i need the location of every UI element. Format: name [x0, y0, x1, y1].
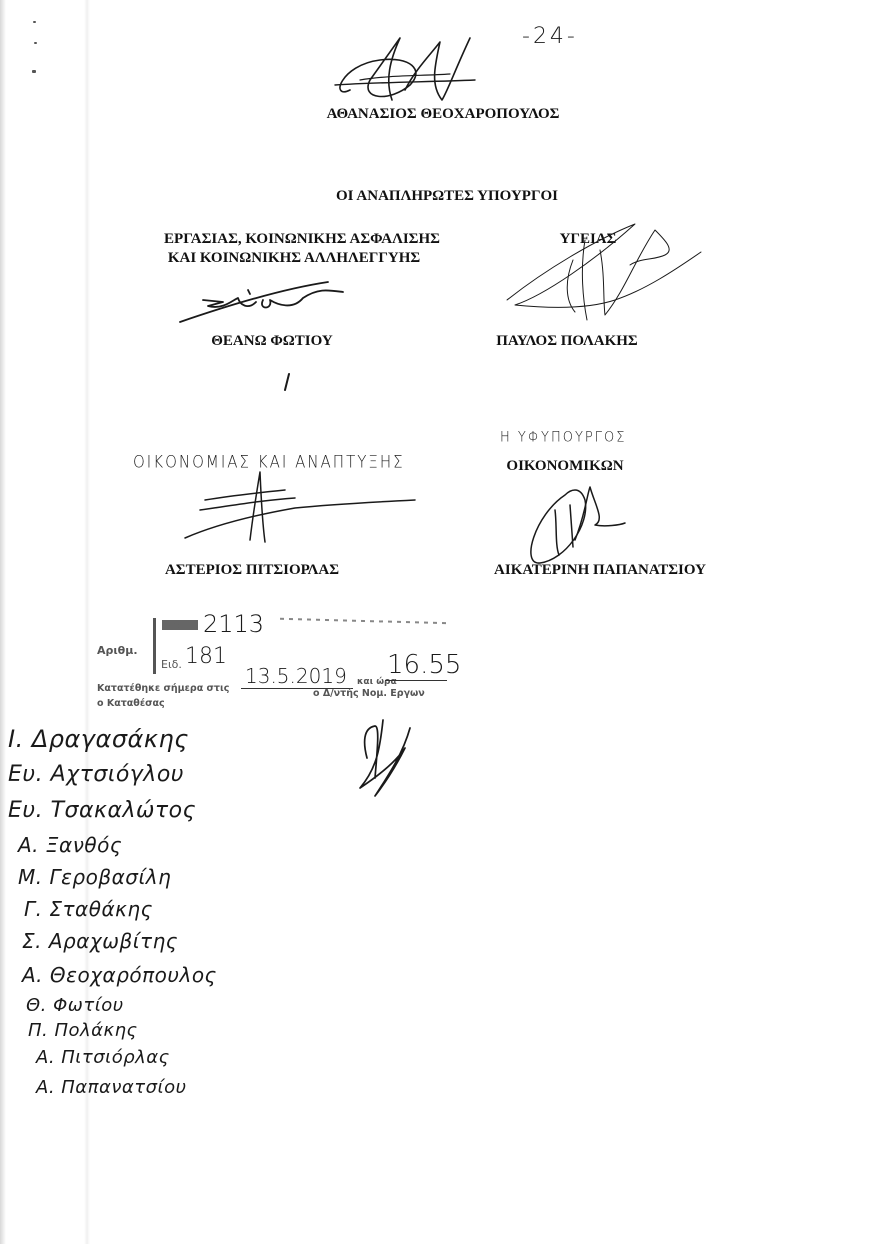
signature-theocharopoulos [330, 30, 480, 108]
stamp-divider [153, 618, 156, 674]
handwritten-name: Α. Παπανατσίου [36, 1077, 187, 1098]
page-number-note: -24- [522, 24, 578, 49]
stamp-director-label: ο Δ/ντής Νομ. Εργων [313, 688, 425, 699]
handwritten-name: Σ. Αραχωβίτης [22, 929, 178, 953]
scan-speck [33, 21, 36, 23]
minister-name-theocharopoulos: ΑΘΑΝΑΣΙΟΣ ΘΕΟΧΑΡΟΠΟΥΛΟΣ [327, 106, 560, 123]
handwritten-name: Α. Ξανθός [18, 833, 122, 857]
stamp-filed-date: 13.5.2019 [245, 664, 347, 688]
ministry-label-labour-line2: ΚΑΙ ΚΟΙΝΩΝΙΚΗΣ ΑΛΛΗΛΕΓΓΥΗΣ [168, 250, 420, 267]
minister-name-pitsiorlas: ΑΣΤΕΡΙΟΣ ΠΙΤΣΙΟΡΛΑΣ [165, 562, 339, 579]
minister-name-polakis: ΠΑΥΛΟΣ ΠΟΛΑΚΗΣ [496, 333, 637, 350]
minister-name-papanatsiou: ΑΙΚΑΤΕΡΙΝΗ ΠΑΠΑΝΑΤΣΙΟΥ [494, 562, 706, 579]
handwritten-name: Α. Πιτσιόρλας [36, 1047, 170, 1068]
stamp-eid-label: Ειδ. [161, 658, 182, 671]
stamp-gen-value: 2113 [203, 610, 264, 638]
handwritten-name: Μ. Γεροβασίλη [18, 865, 171, 889]
title-deputy-minister-handwritten: Η ΥΦΥΠΟΥΡΓΟΣ [500, 429, 626, 446]
stamp-arith-label: Αριθμ. [97, 644, 138, 657]
stamp-depositor-label: ο Καταθέσας [97, 698, 165, 709]
handwritten-name: Ι. Δραγασάκης [8, 725, 189, 753]
registration-stamp: Αριθμ. Γεν. 2113 Ειδ. 181 Κατατέθηκε σήμ… [95, 612, 455, 712]
handwritten-name: Θ. Φωτίου [26, 995, 124, 1016]
signature-fotiou [178, 280, 348, 325]
handwritten-name: Ευ. Αχτσιόγλου [8, 762, 184, 787]
signature-stamp-official [355, 718, 415, 796]
signature-polakis [505, 220, 705, 325]
signature-pitsiorlas [175, 470, 415, 545]
handwritten-name: Γ. Σταθάκης [24, 897, 153, 921]
scan-speck [32, 70, 36, 73]
page-edge-shadow [0, 0, 6, 1244]
scan-speck [34, 42, 37, 44]
stamp-filed-label: Κατατέθηκε σήμερα στις [97, 683, 229, 694]
stamp-time-underline [385, 680, 447, 681]
handwritten-name: Π. Πολάκης [28, 1020, 138, 1041]
ministry-label-economy-handwritten: ΟΙΚΟΝΟΜΙΑΣ ΚΑΙ ΑΝΑΠΤΥΞΗΣ [133, 452, 405, 472]
stamp-gen-label: Γεν. [162, 620, 198, 630]
handwritten-name: Α. Θεοχαρόπουλος [22, 963, 217, 987]
ministry-label-labour-line1: ΕΡΓΑΣΙΑΣ, ΚΟΙΝΩΝΙΚΗΣ ΑΣΦΑΛΙΣΗΣ [164, 231, 440, 248]
section-heading: ΟΙ ΑΝΑΠΛΗΡΩΤΕΣ ΥΠΟΥΡΓΟΙ [336, 188, 558, 205]
stamp-dotted-line [280, 618, 450, 624]
stamp-eid-value: 181 [185, 644, 227, 669]
handwritten-name: Ευ. Τσακαλώτος [8, 798, 196, 823]
minister-name-fotiou: ΘΕΑΝΩ ΦΩΤΙΟΥ [211, 333, 333, 350]
signature-papanatsiou [525, 485, 635, 570]
stamp-time-value: 16.55 [387, 650, 461, 680]
pen-mark [282, 372, 292, 392]
ministry-label-finance: ΟΙΚΟΝΟΜΙΚΩΝ [506, 458, 623, 475]
